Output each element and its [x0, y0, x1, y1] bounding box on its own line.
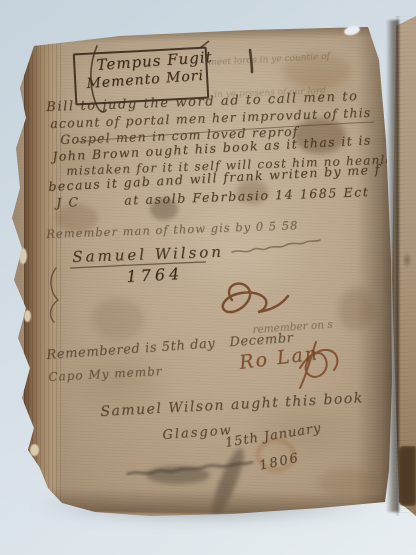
stain [338, 288, 374, 330]
manuscript-page: The Abbridgement of the Historie of the … [0, 0, 416, 555]
torn-edge-chip [24, 310, 31, 322]
torn-edge-chip [30, 444, 39, 456]
stain [92, 298, 144, 340]
facing-page-dark-patch [399, 446, 416, 506]
stain [318, 468, 378, 498]
facing-page-ink-mark [402, 252, 412, 268]
smudged-writing-blur [146, 466, 210, 484]
torn-edge-chip [19, 248, 27, 264]
photo-canvas: { "scene": { "background_color": "#cfdce… [0, 0, 416, 555]
year-1764: 1764 [126, 264, 184, 286]
